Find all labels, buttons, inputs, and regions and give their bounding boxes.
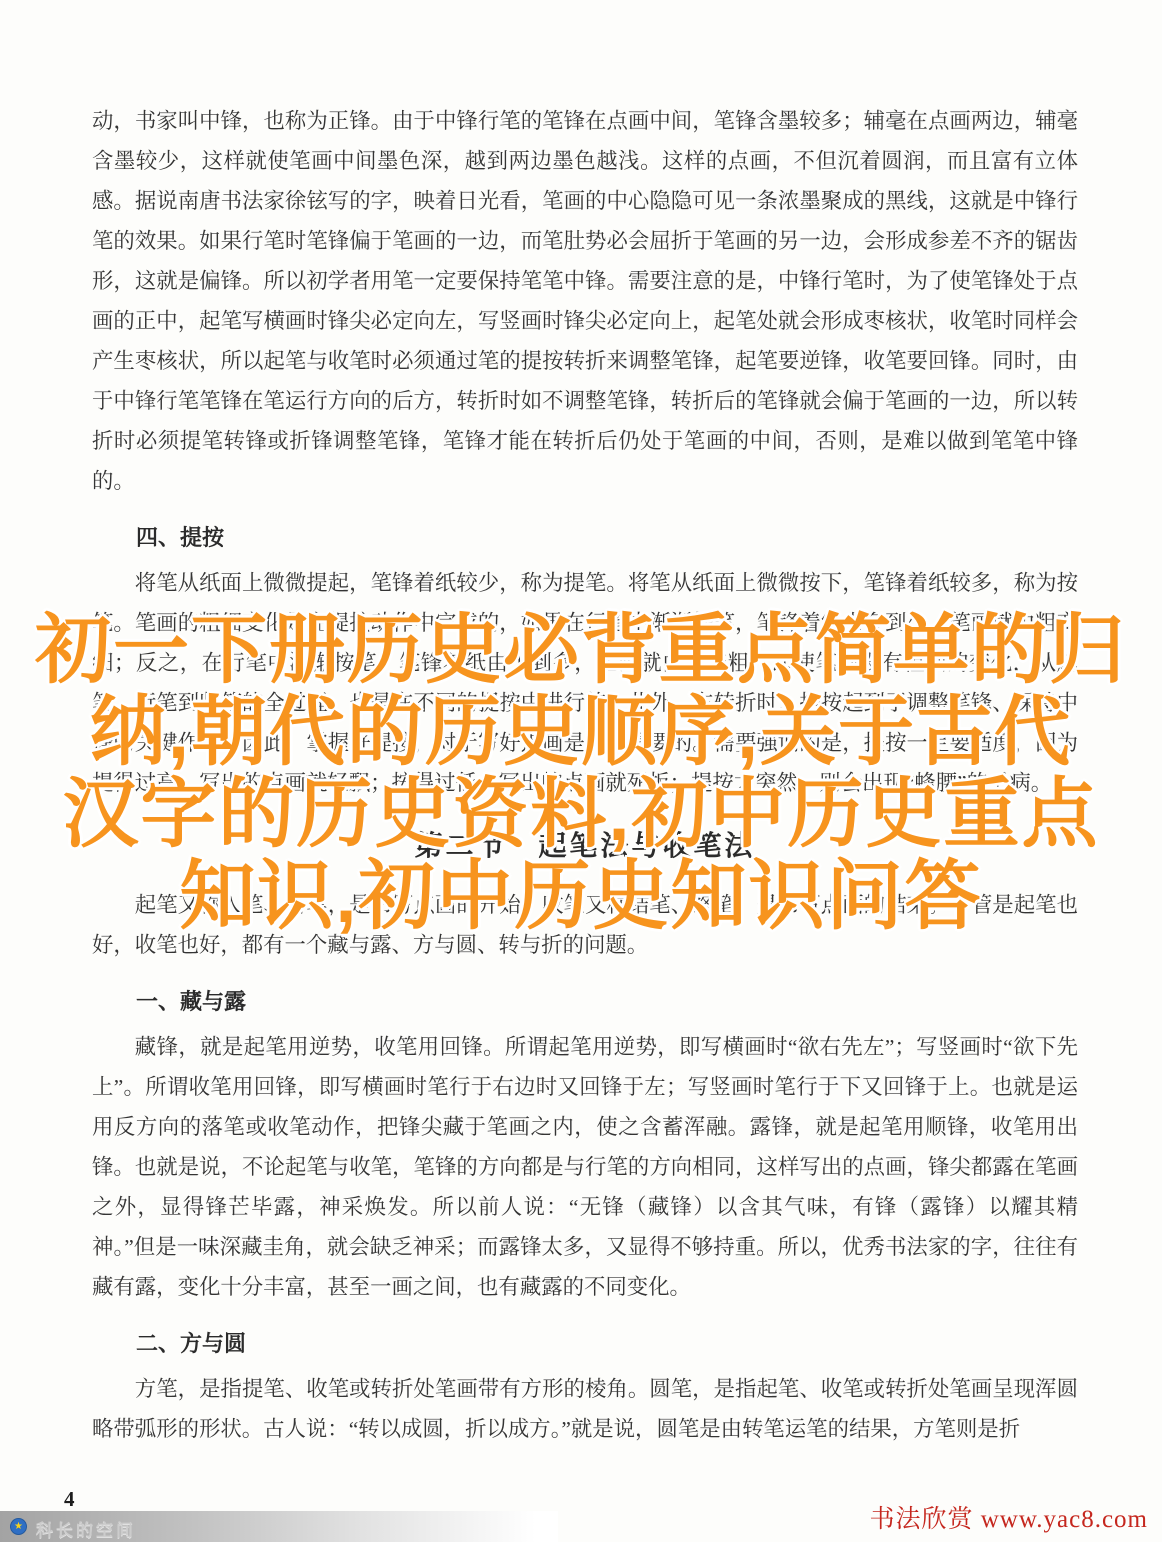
paragraph-cang-yu-lu: 藏锋，就是起笔用逆势，收笔用回锋。所谓起笔用逆势，即写横画时“欲右先左”；写竖画… bbox=[92, 1027, 1078, 1307]
star-icon: ★ bbox=[14, 1522, 23, 1532]
scanned-book-page: 动，书家叫中锋，也称为正锋。由于中锋行笔的笔锋在点画中间，笔锋含墨较多；辅毫在点… bbox=[0, 0, 1162, 1542]
overlay-title-line: 初一下册历史必背重点简单的归 bbox=[0, 610, 1162, 692]
overlay-title-line: 汉字的历史资料,初中历史重点 bbox=[0, 774, 1162, 856]
qq-space-watermark-text: 科长的空间 bbox=[36, 1516, 136, 1541]
overlay-title-line: 纳,朝代的历史顺序,关于古代 bbox=[0, 692, 1162, 774]
seo-overlay-title: 初一下册历史必背重点简单的归 纳,朝代的历史顺序,关于古代 汉字的历史资料,初中… bbox=[0, 610, 1162, 938]
heading-cang-yu-lu: 一、藏与露 bbox=[92, 987, 1078, 1017]
paragraph-fang-yu-yuan: 方笔，是指提笔、收笔或转折处笔画带有方形的棱角。圆笔，是指起笔、收笔或转折处笔画… bbox=[92, 1369, 1078, 1449]
heading-fang-yu-yuan: 二、方与圆 bbox=[92, 1329, 1078, 1359]
overlay-title-line: 知识,初中历史知识问答 bbox=[0, 856, 1162, 938]
paragraph-zhongfeng-continued: 动，书家叫中锋，也称为正锋。由于中锋行笔的笔锋在点画中间，笔锋含墨较多；辅毫在点… bbox=[92, 101, 1078, 501]
heading-tian-section-4: 四、提按 bbox=[92, 523, 1078, 553]
qq-space-watermark-bar: ★ 科长的空间 bbox=[0, 1511, 558, 1542]
qzone-star-icon: ★ bbox=[10, 1518, 27, 1535]
site-watermark: 书法欣赏 www.yac8.com bbox=[869, 1499, 1148, 1535]
page-number: 4 bbox=[64, 1487, 75, 1512]
